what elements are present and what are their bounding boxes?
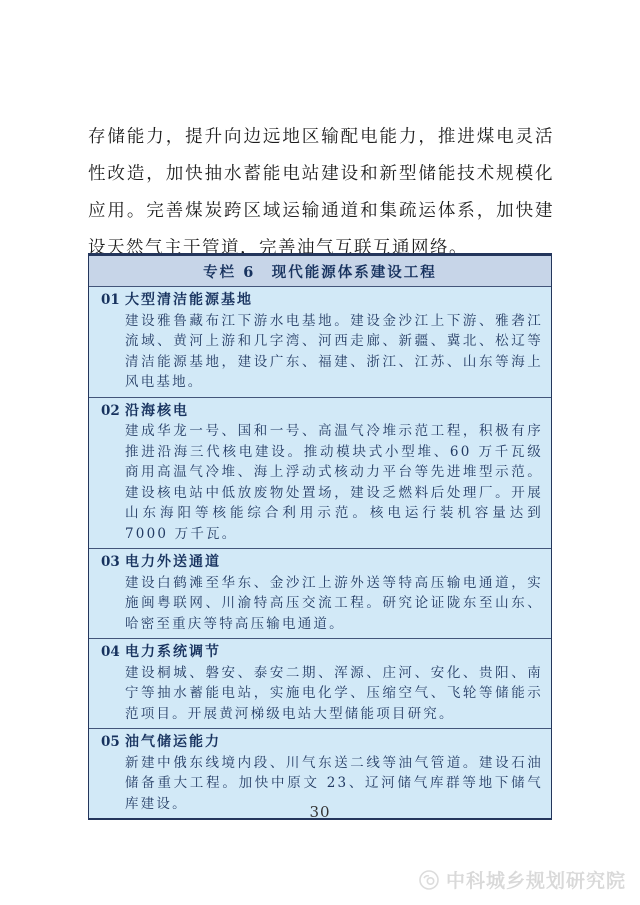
feature-box-title: 专栏 6 现代能源体系建设工程 (89, 256, 551, 287)
item-number: 02 (101, 401, 120, 422)
watermark-text: 中科城乡规划研究院 (446, 866, 626, 893)
feature-box-item: 03 电力外送通道 建设白鹤滩至华东、金沙江上游外送等特高压输电通道，实施闽粤联… (89, 549, 551, 639)
institute-logo-icon (417, 868, 441, 892)
feature-box-item: 04 电力系统调节 建设桐城、磐安、泰安二期、浑源、庄河、安化、贵阳、南宁等抽水… (89, 639, 551, 729)
item-number: 01 (101, 290, 120, 311)
item-title: 大型清洁能源基地 (125, 290, 543, 311)
item-body: 建设桐城、磐安、泰安二期、浑源、庄河、安化、贵阳、南宁等抽水蓄能电站，实施电化学… (125, 663, 543, 725)
body-paragraph: 存储能力，提升向边远地区输配电能力，推进煤电灵活性改造，加快抽水蓄能电站建设和新… (88, 119, 554, 267)
feature-box-column6: 专栏 6 现代能源体系建设工程 01 大型清洁能源基地 建设雅鲁藏布江下游水电基… (88, 253, 552, 820)
item-title: 油气储运能力 (125, 732, 543, 753)
item-number: 05 (101, 732, 120, 753)
watermark: 中科城乡规划研究院 (417, 866, 626, 893)
item-title: 电力系统调节 (125, 642, 543, 663)
item-number: 03 (101, 552, 120, 573)
item-title: 沿海核电 (125, 401, 543, 422)
page-number: 30 (0, 803, 640, 821)
item-body: 建设雅鲁藏布江下游水电基地。建设金沙江上下游、雅砻江流域、黄河上游和几字湾、河西… (125, 311, 543, 393)
feature-box-items: 01 大型清洁能源基地 建设雅鲁藏布江下游水电基地。建设金沙江上下游、雅砻江流域… (89, 287, 551, 818)
feature-box-item: 01 大型清洁能源基地 建设雅鲁藏布江下游水电基地。建设金沙江上下游、雅砻江流域… (89, 287, 551, 398)
feature-box-item: 02 沿海核电 建成华龙一号、国和一号、高温气冷堆示范工程，积极有序推进沿海三代… (89, 398, 551, 550)
item-body: 建成华龙一号、国和一号、高温气冷堆示范工程，积极有序推进沿海三代核电建设。推动模… (125, 421, 543, 544)
document-page: 存储能力，提升向边远地区输配电能力，推进煤电灵活性改造，加快抽水蓄能电站建设和新… (0, 0, 640, 905)
item-number: 04 (101, 642, 120, 663)
item-title: 电力外送通道 (125, 552, 543, 573)
item-body: 建设白鹤滩至华东、金沙江上游外送等特高压输电通道，实施闽粤联网、川渝特高压交流工… (125, 573, 543, 635)
